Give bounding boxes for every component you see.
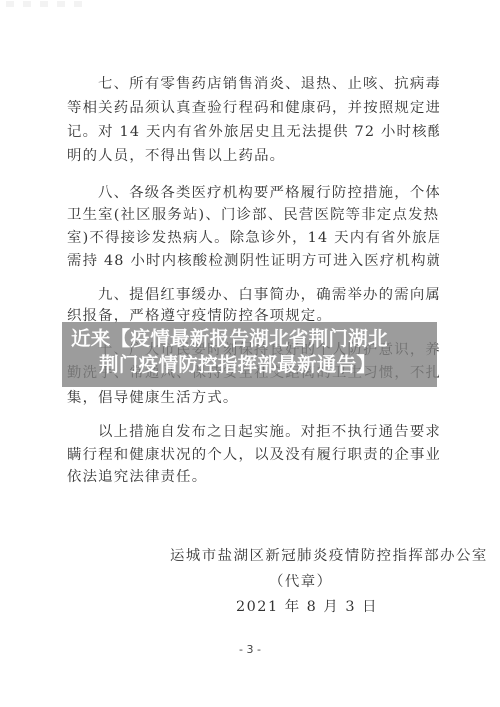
issue-date: 2021 年 8 月 3 日 [236, 597, 378, 617]
faint-header-marks [6, 1, 82, 7]
paragraph-closing-line-2: 瞒行程和健康状况的个人，以及没有履行职责的企事业单位，将 [67, 445, 439, 465]
paragraph-ten-line-3: 集，倡导健康生活方式。 [67, 388, 439, 408]
headline-line-1: 近来【疫情最新报告湖北省荆门湖北 [71, 327, 388, 351]
headline-line-2: 荆门疫情防控指挥部最新通告】 [99, 353, 376, 377]
paragraph-seven-line-1: 七、所有零售药店销售消炎、退热、止咳、抗病毒、抗生素 [98, 74, 439, 94]
paragraph-eight-line-4: 需持 48 小时内核酸检测阴性证明方可进入医疗机构就诊。 [67, 251, 439, 271]
document-page: 七、所有零售药店销售消炎、退热、止咳、抗病毒、抗生素 等相关药品须认真查验行程码… [0, 0, 500, 707]
page-number: - 3 - [0, 643, 500, 656]
paragraph-eight-line-2: 卫生室(社区服务站)、门诊部、民营医院等非定点发热门诊(诊 [67, 205, 439, 225]
issuer-name: 运城市盐湖区新冠肺炎疫情防控指挥部办公室 [170, 546, 488, 566]
paragraph-eight-line-1: 八、各级各类医疗机构要严格履行防控措施，个体诊所、村 [98, 183, 439, 203]
paragraph-nine-line-1: 九、提倡红事缓办、白事简办，确需举办的需向属地基层组 [98, 285, 439, 305]
paragraph-closing-line-3: 依法追究法律责任。 [67, 467, 439, 487]
paragraph-seven-line-4: 明的人员，不得出售以上药品。 [67, 146, 439, 166]
headline-overlay: 近来【疫情最新报告湖北省荆门湖北 荆门疫情防控指挥部最新通告】 [62, 322, 437, 387]
paragraph-seven-line-3: 记。对 14 天内有省外旅居史且无法提供 72 小时核酸检测阴性证 [67, 122, 439, 142]
seal-note: （代章） [269, 572, 333, 592]
paragraph-eight-line-3: 室)不得接诊发热病人。除急诊外，14 天内有省外旅居史的人员 [67, 228, 439, 248]
paragraph-seven-line-2: 等相关药品须认真查验行程码和健康码，并按照规定进行实名登 [67, 98, 439, 118]
paragraph-closing-line-1: 以上措施自发布之日起实施。对拒不执行通告要求、故意隐 [98, 422, 439, 442]
